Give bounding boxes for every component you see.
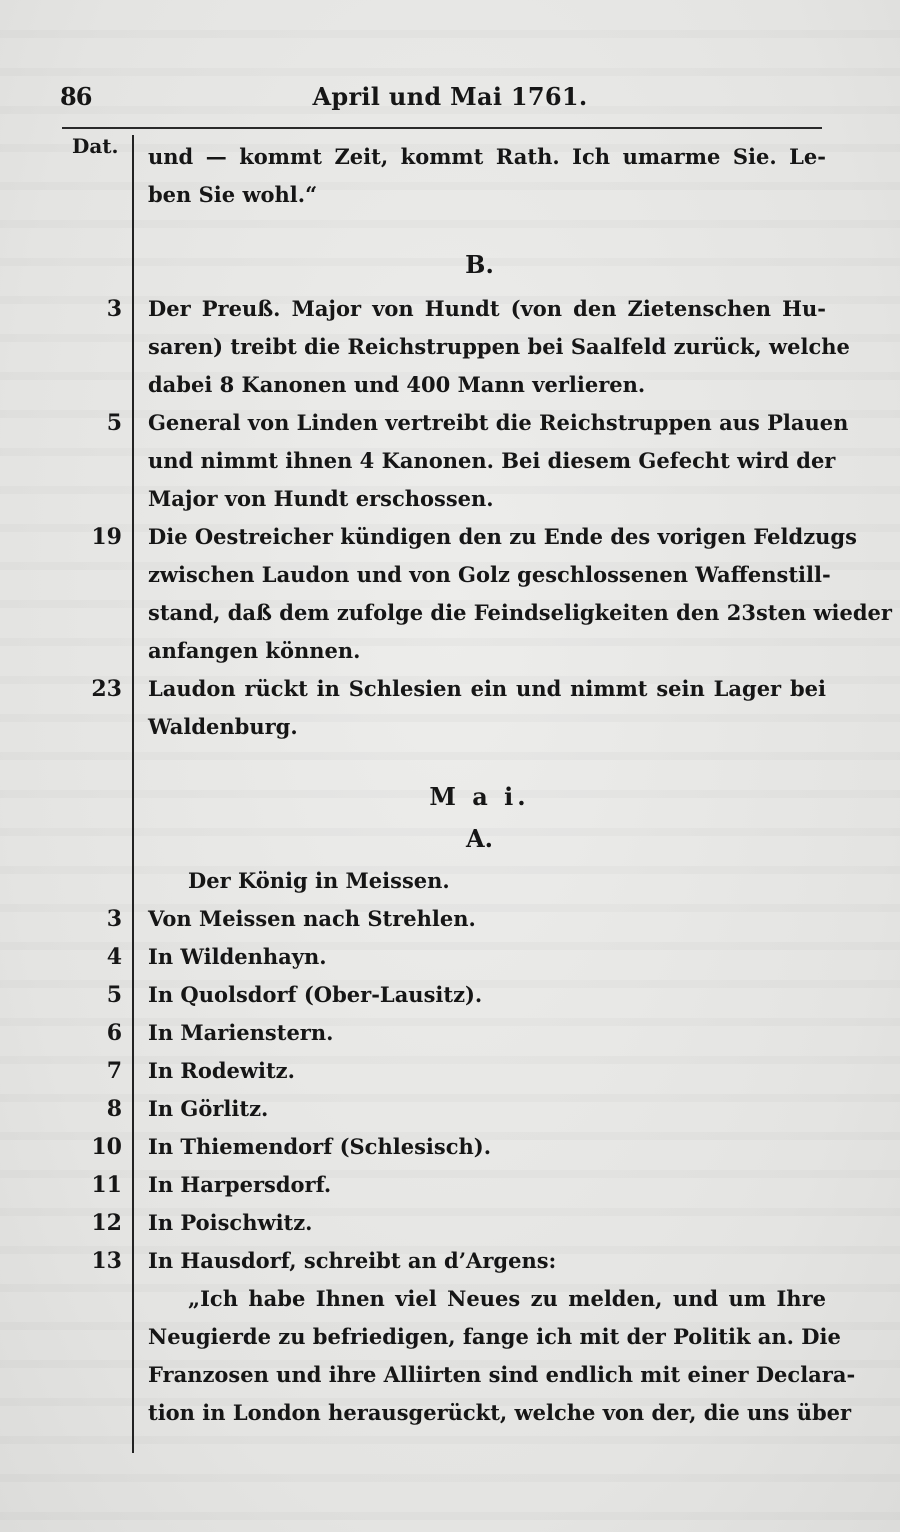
line-text: Die Oestreicher kündigen den zu Ende des… — [148, 518, 826, 556]
line-text: Der König in Meissen. — [188, 862, 826, 900]
dated-entry-line: 13In Hausdorf, schreibt an d’Argens: — [0, 1242, 900, 1280]
line-text: dabei 8 Kanonen und 400 Mann verlieren. — [148, 366, 826, 404]
entry-date: 7 — [60, 1052, 122, 1090]
section-heading: B. — [133, 246, 826, 284]
page-header: 86 April und Mai 1761. — [0, 80, 900, 120]
line-text: Der Preuß. Major von Hundt (von den Ziet… — [148, 290, 826, 328]
entry-date: 10 — [60, 1128, 122, 1166]
line-text: Franzosen und ihre Alliirten sind endlic… — [148, 1356, 826, 1394]
line-text: In Rodewitz. — [148, 1052, 826, 1090]
line-text: In Marienstern. — [148, 1014, 826, 1052]
text-line: A. — [0, 820, 900, 858]
header-rule — [62, 127, 822, 129]
entry-date: 8 — [60, 1090, 122, 1128]
entry-date: 3 — [60, 900, 122, 938]
line-text: Waldenburg. — [148, 708, 826, 746]
entry-date: 13 — [60, 1242, 122, 1280]
book-page: 86 April und Mai 1761. Dat. und — kommt … — [0, 0, 900, 1532]
line-text: In Poischwitz. — [148, 1204, 826, 1242]
text-line: B. — [0, 246, 900, 284]
line-text: In Harpersdorf. — [148, 1166, 826, 1204]
line-text: In Görlitz. — [148, 1090, 826, 1128]
text-line: M a i. — [0, 778, 900, 816]
line-text: In Hausdorf, schreibt an d’Argens: — [148, 1242, 826, 1280]
text-line: Waldenburg. — [0, 708, 900, 746]
entry-date: 19 — [60, 518, 122, 556]
dated-entry-line: 5In Quolsdorf (Ober-Lausitz). — [0, 976, 900, 1014]
entry-date: 5 — [60, 404, 122, 442]
line-text: In Quolsdorf (Ober-Lausitz). — [148, 976, 826, 1014]
line-text: General von Linden vertreibt die Reichst… — [148, 404, 826, 442]
entry-date: 4 — [60, 938, 122, 976]
text-line: saren) treibt die Reichstruppen bei Saal… — [0, 328, 900, 366]
line-text: Neugierde zu befriedigen, fange ich mit … — [148, 1318, 826, 1356]
text-line: „Ich habe Ihnen viel Neues zu melden, un… — [0, 1280, 900, 1318]
text-line: tion in London herausgerückt, welche von… — [0, 1394, 900, 1432]
line-text: und nimmt ihnen 4 Kanonen. Bei diesem Ge… — [148, 442, 826, 480]
line-text: und — kommt Zeit, kommt Rath. Ich umarme… — [148, 138, 826, 176]
line-text: tion in London herausgerückt, welche von… — [148, 1394, 826, 1432]
line-text: In Thiemendorf (Schlesisch). — [148, 1128, 826, 1166]
section-heading: A. — [133, 820, 826, 858]
line-text: saren) treibt die Reichstruppen bei Saal… — [148, 328, 826, 366]
line-text: stand, daß dem zufolge die Feindseligkei… — [148, 594, 826, 632]
text-line: ben Sie wohl.“ — [0, 176, 900, 214]
line-text: „Ich habe Ihnen viel Neues zu melden, un… — [188, 1280, 826, 1318]
dated-entry-line: 10In Thiemendorf (Schlesisch). — [0, 1128, 900, 1166]
dated-entry-line: 3Der Preuß. Major von Hundt (von den Zie… — [0, 290, 900, 328]
entry-date: 23 — [60, 670, 122, 708]
entry-date: 6 — [60, 1014, 122, 1052]
text-line: anfangen können. — [0, 632, 900, 670]
entry-date: 12 — [60, 1204, 122, 1242]
entry-date: 5 — [60, 976, 122, 1014]
line-text: zwischen Laudon und von Golz geschlossen… — [148, 556, 826, 594]
line-text: anfangen können. — [148, 632, 826, 670]
line-text: In Wildenhayn. — [148, 938, 826, 976]
text-line: stand, daß dem zufolge die Feindseligkei… — [0, 594, 900, 632]
line-text: Von Meissen nach Strehlen. — [148, 900, 826, 938]
entry-date: 11 — [60, 1166, 122, 1204]
dated-entry-line: 6In Marienstern. — [0, 1014, 900, 1052]
dated-entry-line: 12In Poischwitz. — [0, 1204, 900, 1242]
dated-entry-line: 23Laudon rückt in Schlesien ein und nimm… — [0, 670, 900, 708]
running-title: April und Mai 1761. — [0, 82, 900, 111]
entry-date: 3 — [60, 290, 122, 328]
text-line: Neugierde zu befriedigen, fange ich mit … — [0, 1318, 900, 1356]
section-heading: M a i. — [133, 778, 826, 816]
text-line: und — kommt Zeit, kommt Rath. Ich umarme… — [0, 138, 900, 176]
dated-entry-line: 8In Görlitz. — [0, 1090, 900, 1128]
line-text: Laudon rückt in Schlesien ein und nimmt … — [148, 670, 826, 708]
dated-entry-line: 5General von Linden vertreibt die Reichs… — [0, 404, 900, 442]
dated-entry-line: 7In Rodewitz. — [0, 1052, 900, 1090]
text-line: Major von Hundt erschossen. — [0, 480, 900, 518]
text-line: zwischen Laudon und von Golz geschlossen… — [0, 556, 900, 594]
text-line: Der König in Meissen. — [0, 862, 900, 900]
text-line: dabei 8 Kanonen und 400 Mann verlieren. — [0, 366, 900, 404]
text-line: und nimmt ihnen 4 Kanonen. Bei diesem Ge… — [0, 442, 900, 480]
line-text: ben Sie wohl.“ — [148, 176, 826, 214]
dated-entry-line: 19Die Oestreicher kündigen den zu Ende d… — [0, 518, 900, 556]
dated-entry-line: 3Von Meissen nach Strehlen. — [0, 900, 900, 938]
line-text: Major von Hundt erschossen. — [148, 480, 826, 518]
text-line: Franzosen und ihre Alliirten sind endlic… — [0, 1356, 900, 1394]
dated-entry-line: 11In Harpersdorf. — [0, 1166, 900, 1204]
dated-entry-line: 4In Wildenhayn. — [0, 938, 900, 976]
